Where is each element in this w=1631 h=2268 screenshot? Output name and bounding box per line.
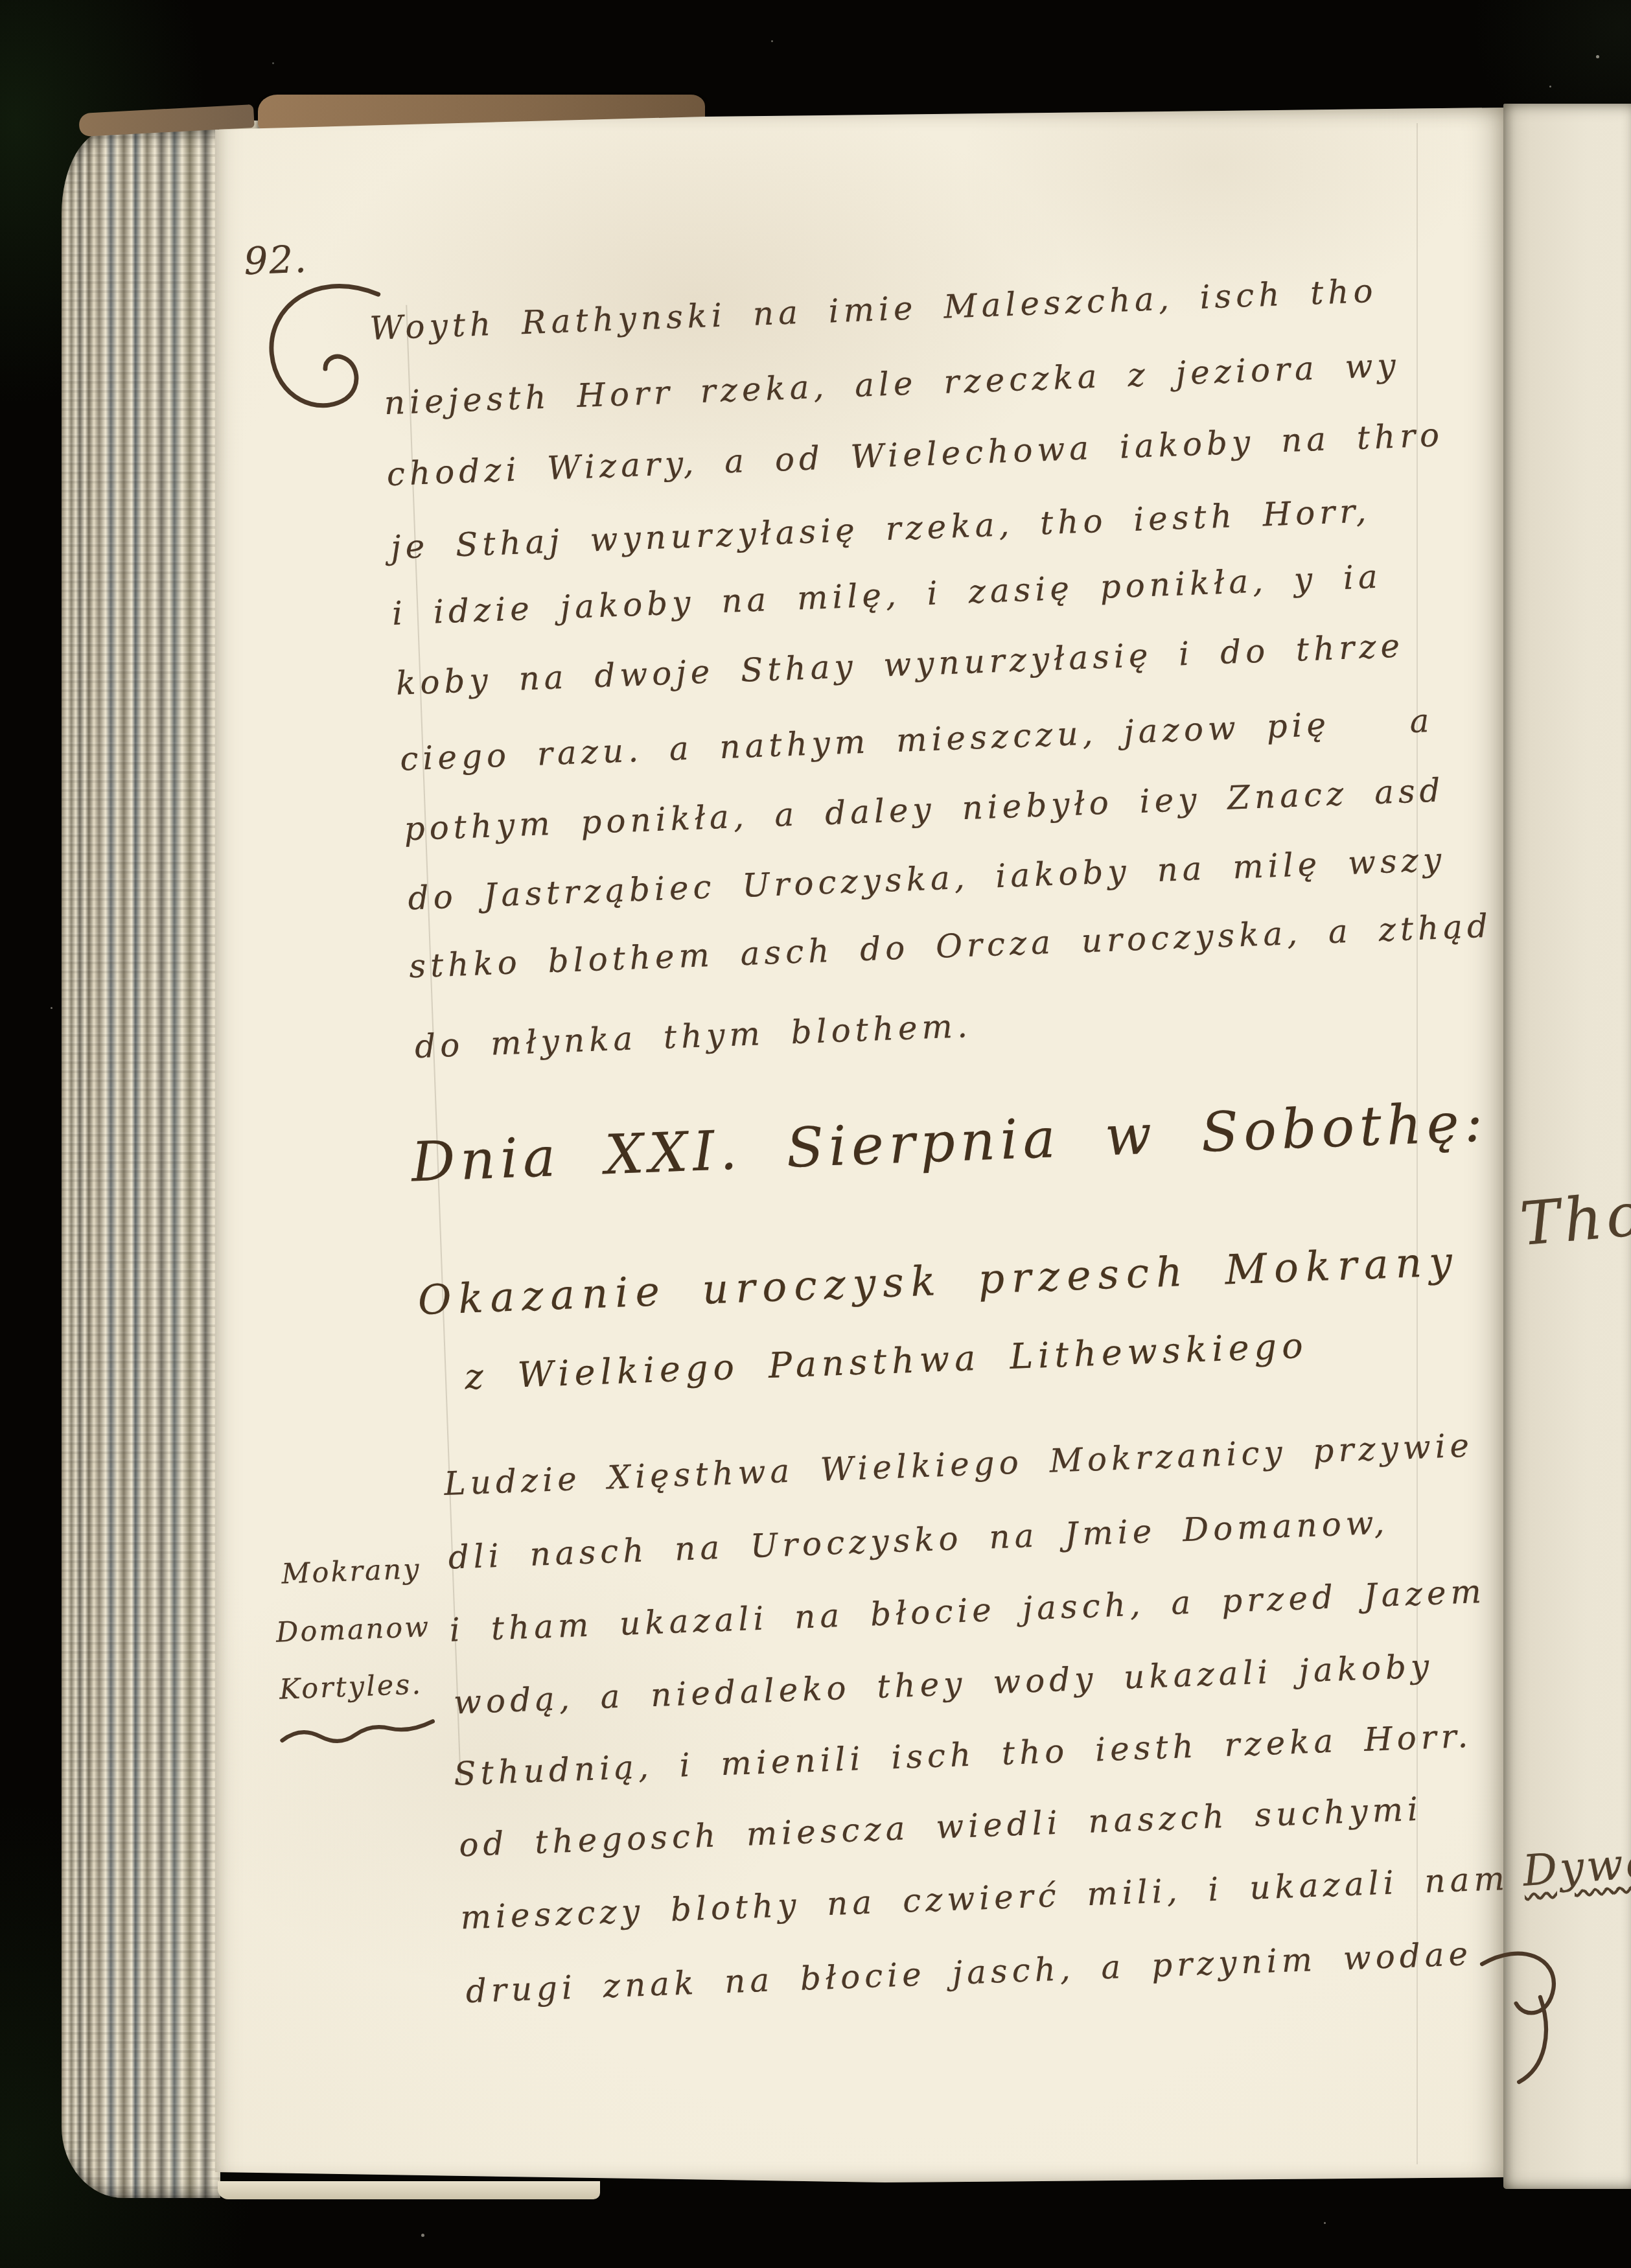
section-heading-line: z Wielkiego Pansthwa Lithewskiego [464,1325,1308,1398]
manuscript-line: ciego razu. a nathym mieszczu, jazow pię… [399,702,1434,778]
manuscript-line: Sthudnią, i mienili isch tho iesth rzeka… [453,1717,1473,1793]
manuscript-line: od thegosch miescza wiedli naszch suchym… [458,1790,1423,1864]
date-heading: Dnia XXI. Sierpnia w Sobothę: [410,1090,1489,1194]
manuscript-line: niejesth Horr rzeka, ale rzeczka z jezio… [384,346,1401,422]
manuscript-line: do młynka thym blothem. [414,1007,973,1065]
margin-note-line: Domanow [275,1611,431,1649]
manuscript-line: pothym ponikła, a daley niebyło iey Znac… [403,771,1445,848]
facing-page-text-fragment: Tho [1518,1179,1631,1260]
manuscript-line: Woyth Rathynski na imie Maleszcha, isch … [369,272,1378,347]
manuscript-line: mieszczy blothy na czwierć mili, i ukaza… [460,1860,1510,1937]
manuscript-line: do Jastrząbiec Uroczyska, iakoby na milę… [407,840,1446,917]
page-number: 92. [243,237,308,284]
section-heading-line: Okazanie uroczysk przesch Mokrany [417,1238,1460,1324]
scanned-manuscript-photo: Tho Dywo 92. Woyth Rathynski na imie Mal… [0,0,1631,2268]
handwriting-layer: 92. Woyth Rathynski na imie Maleszcha, i… [179,66,1544,2190]
manuscript-line: chodzi Wizary, a od Wielechowa iakoby na… [386,416,1444,493]
manuscript-line: drugi znak na błocie jasch, a przynim wo… [465,1935,1473,2010]
margin-note-line: Kortyles. [279,1668,423,1706]
end-of-text-flourish [1466,1937,1569,2089]
margin-note-underline-flourish [273,1713,443,1752]
manuscript-line: Ludzie Xięsthwa Wielkiego Mokrzanicy prz… [443,1426,1474,1503]
manuscript-line: wodą, a niedaleko they wody ukazali jako… [453,1647,1434,1722]
facing-page-text-fragment: Dywo [1521,1837,1631,1896]
manuscript-line: sthko blothem asch do Orcza uroczyska, a… [408,907,1493,986]
manuscript-line: i idzie jakoby na milę, i zasię ponikła,… [391,558,1383,632]
manuscript-line: koby na dwoje Sthay wynurzyłasię i do th… [395,627,1405,702]
margin-note-line: Mokrany [281,1553,422,1590]
manuscript-line: dli nasch na Uroczysko na Jmie Domanow, [448,1503,1390,1576]
manuscript-line: je Sthaj wynurzyłasię rzeka, tho iesth H… [390,492,1371,566]
manuscript-line: i tham ukazali na błocie jasch, a przed … [449,1573,1486,1649]
dust-specks [0,0,2,2]
initial-flourish [255,274,400,445]
